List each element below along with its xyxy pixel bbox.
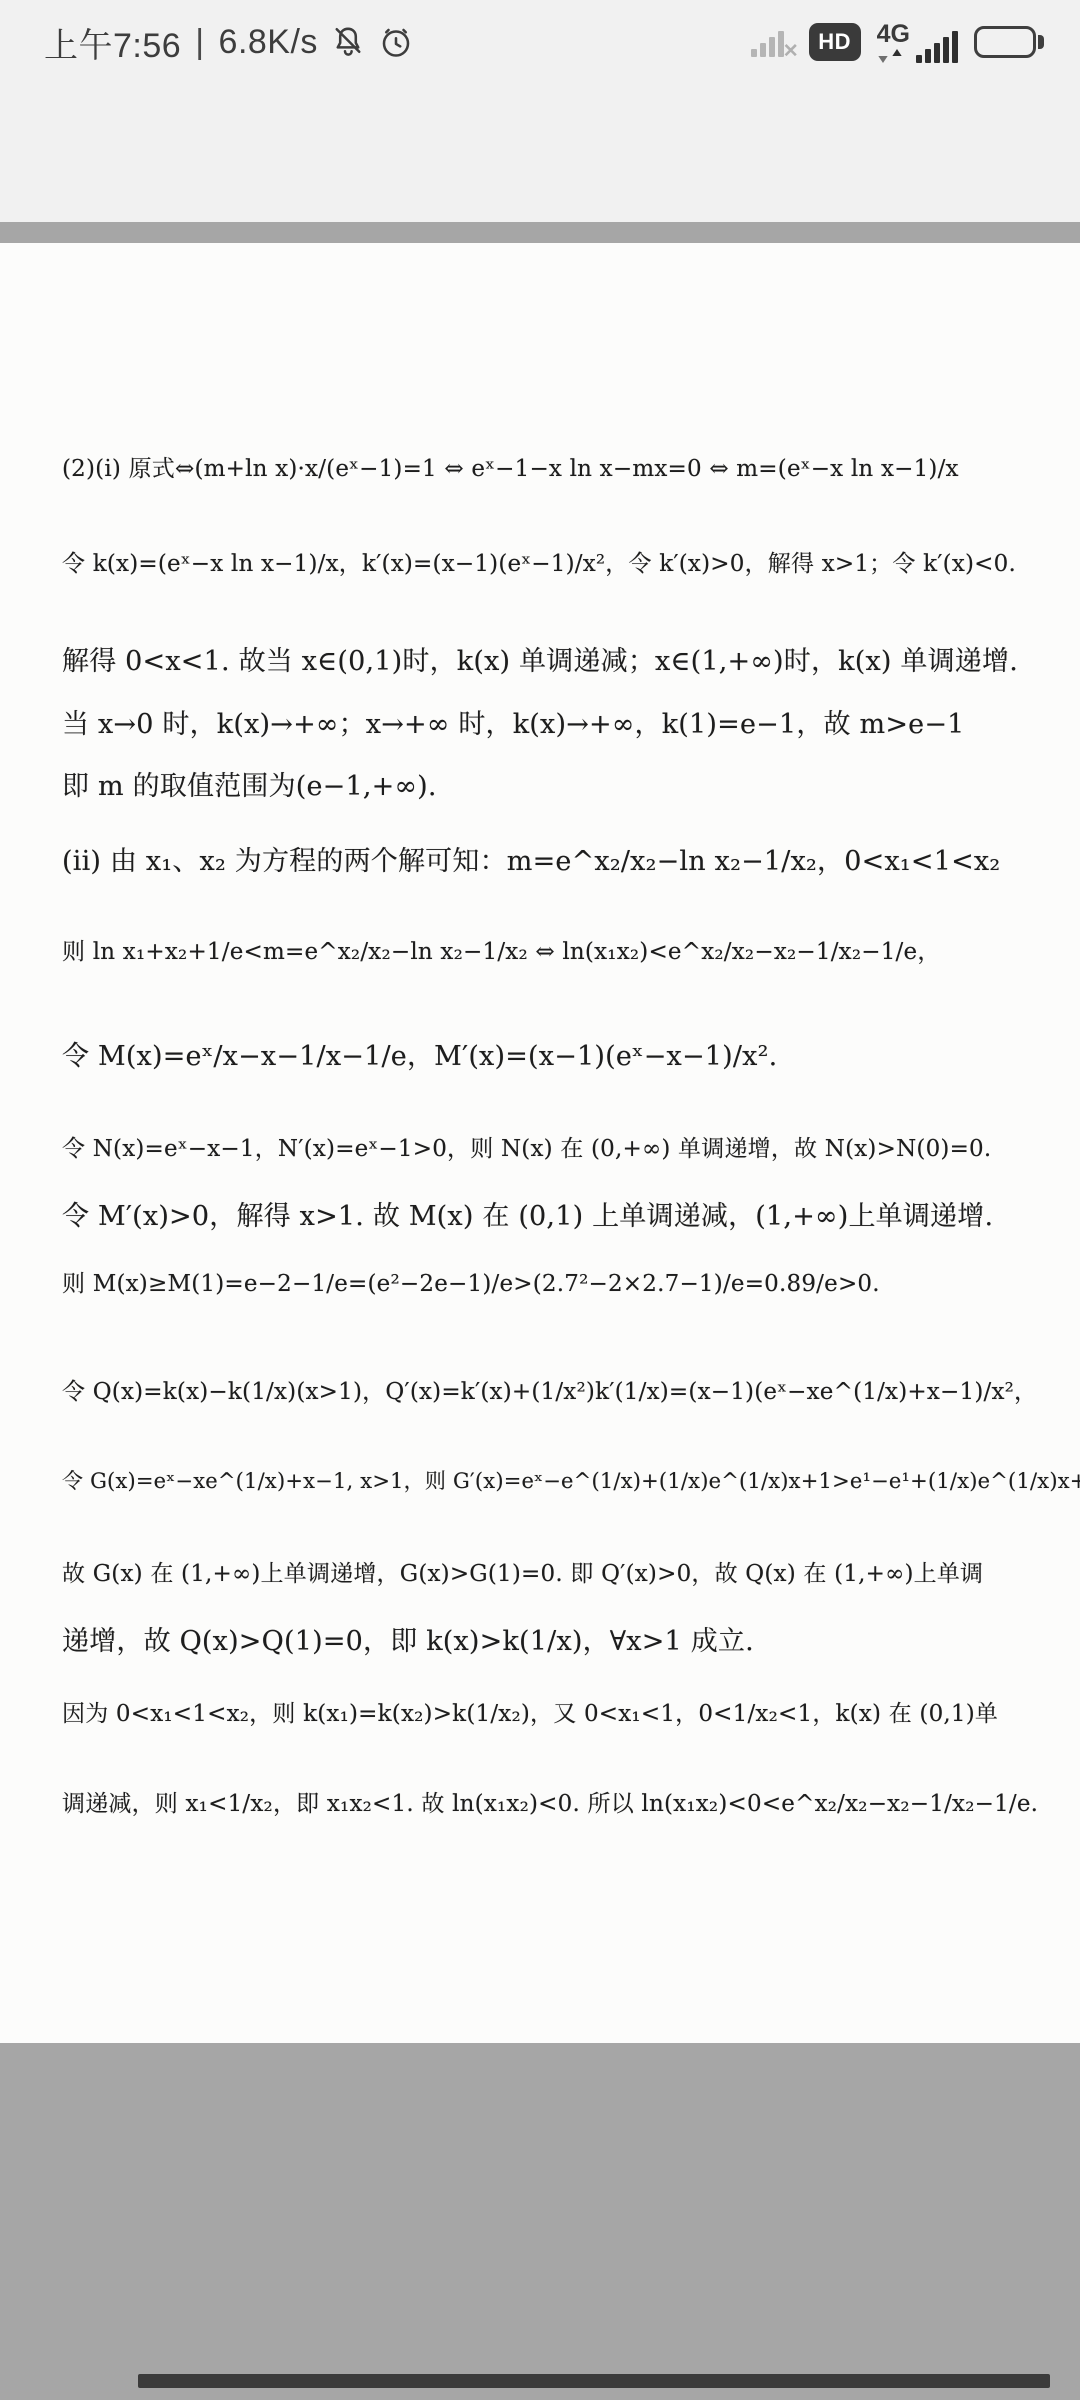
no-service-x-icon: ✕	[783, 42, 799, 61]
math-line: 令 G(x)=eˣ−xe^(1/x)+x−1, x>1，则 G′(x)=eˣ−e…	[62, 1468, 1052, 1494]
status-right-cluster: ✕ HD 4G	[751, 22, 1044, 63]
phone-screen: 上午7:56 | 6.8K/s	[0, 0, 1080, 2400]
network-type-block: 4G	[877, 22, 910, 63]
math-line: 则 M(x)≥M(1)=e−2−1/e=(e²−2e−1)/e>(2.7²−2×…	[62, 1270, 1052, 1299]
hd-badge: HD	[809, 23, 861, 61]
math-line: 当 x→0 时，k(x)→+∞；x→+∞ 时，k(x)→+∞，k(1)=e−1，…	[62, 708, 1052, 742]
math-line: 令 N(x)=eˣ−x−1，N′(x)=eˣ−1>0，则 N(x) 在 (0,+…	[62, 1135, 1052, 1164]
math-line: (ii) 由 x₁、x₂ 为方程的两个解可知：m=e^x₂/x₂−ln x₂−1…	[62, 845, 1052, 879]
math-line: 令 Q(x)=k(x)−k(1/x)(x>1)，Q′(x)=k′(x)+(1/x…	[62, 1378, 1052, 1407]
muted-bell-icon	[330, 24, 366, 60]
signal-bars-icon	[916, 31, 958, 63]
updown-arrows-icon	[877, 49, 903, 63]
photo-dark-edge	[138, 2374, 1050, 2388]
math-line: 解得 0<x<1. 故当 x∈(0,1)时，k(x) 单调递减；x∈(1,+∞)…	[62, 645, 1052, 679]
sim1-signal-icon: ✕	[751, 27, 793, 57]
status-bar[interactable]: 上午7:56 | 6.8K/s	[0, 0, 1080, 78]
math-line: 令 k(x)=(eˣ−x ln x−1)/x，k′(x)=(x−1)(eˣ−1)…	[62, 550, 1052, 579]
scanned-photo-viewer[interactable]: (2)(i) 原式⇔(m+ln x)·x/(eˣ−1)=1 ⇔ eˣ−1−x l…	[0, 222, 1080, 2400]
math-line: 故 G(x) 在 (1,+∞)上单调递增，G(x)>G(1)=0. 即 Q′(x…	[62, 1560, 1052, 1589]
math-line: 调递减，则 x₁<1/x₂，即 x₁x₂<1. 故 ln(x₁x₂)<0. 所以…	[62, 1790, 1052, 1819]
math-line: 令 M′(x)>0，解得 x>1. 故 M(x) 在 (0,1) 上单调递减，(…	[62, 1200, 1052, 1234]
alarm-clock-icon	[378, 24, 414, 60]
network-type-label: 4G	[877, 22, 910, 47]
math-line: 则 ln x₁+x₂+1/e<m=e^x₂/x₂−ln x₂−1/x₂ ⇔ ln…	[62, 938, 1052, 967]
math-line: 令 M(x)=eˣ/x−x−1/x−1/e，M′(x)=(x−1)(eˣ−x−1…	[62, 1040, 1052, 1074]
document-page[interactable]: (2)(i) 原式⇔(m+ln x)·x/(eˣ−1)=1 ⇔ eˣ−1−x l…	[0, 243, 1080, 2043]
math-line: 递增，故 Q(x)>Q(1)=0，即 k(x)>k(1/x)，∀x>1 成立.	[62, 1625, 1052, 1659]
status-left-cluster: 上午7:56 | 6.8K/s	[44, 18, 414, 67]
math-line: 即 m 的取值范围为(e−1,+∞).	[62, 770, 1052, 804]
clock-time: 上午7:56	[44, 18, 181, 67]
math-line: (2)(i) 原式⇔(m+ln x)·x/(eˣ−1)=1 ⇔ eˣ−1−x l…	[62, 455, 1052, 484]
network-speed: 6.8K/s	[219, 23, 318, 62]
mobile-network-indicator: 4G	[877, 22, 958, 63]
battery-tip	[1038, 35, 1044, 49]
status-separator: |	[195, 23, 204, 62]
battery-icon	[974, 26, 1044, 58]
math-line: 因为 0<x₁<1<x₂，则 k(x₁)=k(x₂)>k(1/x₂)，又 0<x…	[62, 1700, 1052, 1729]
